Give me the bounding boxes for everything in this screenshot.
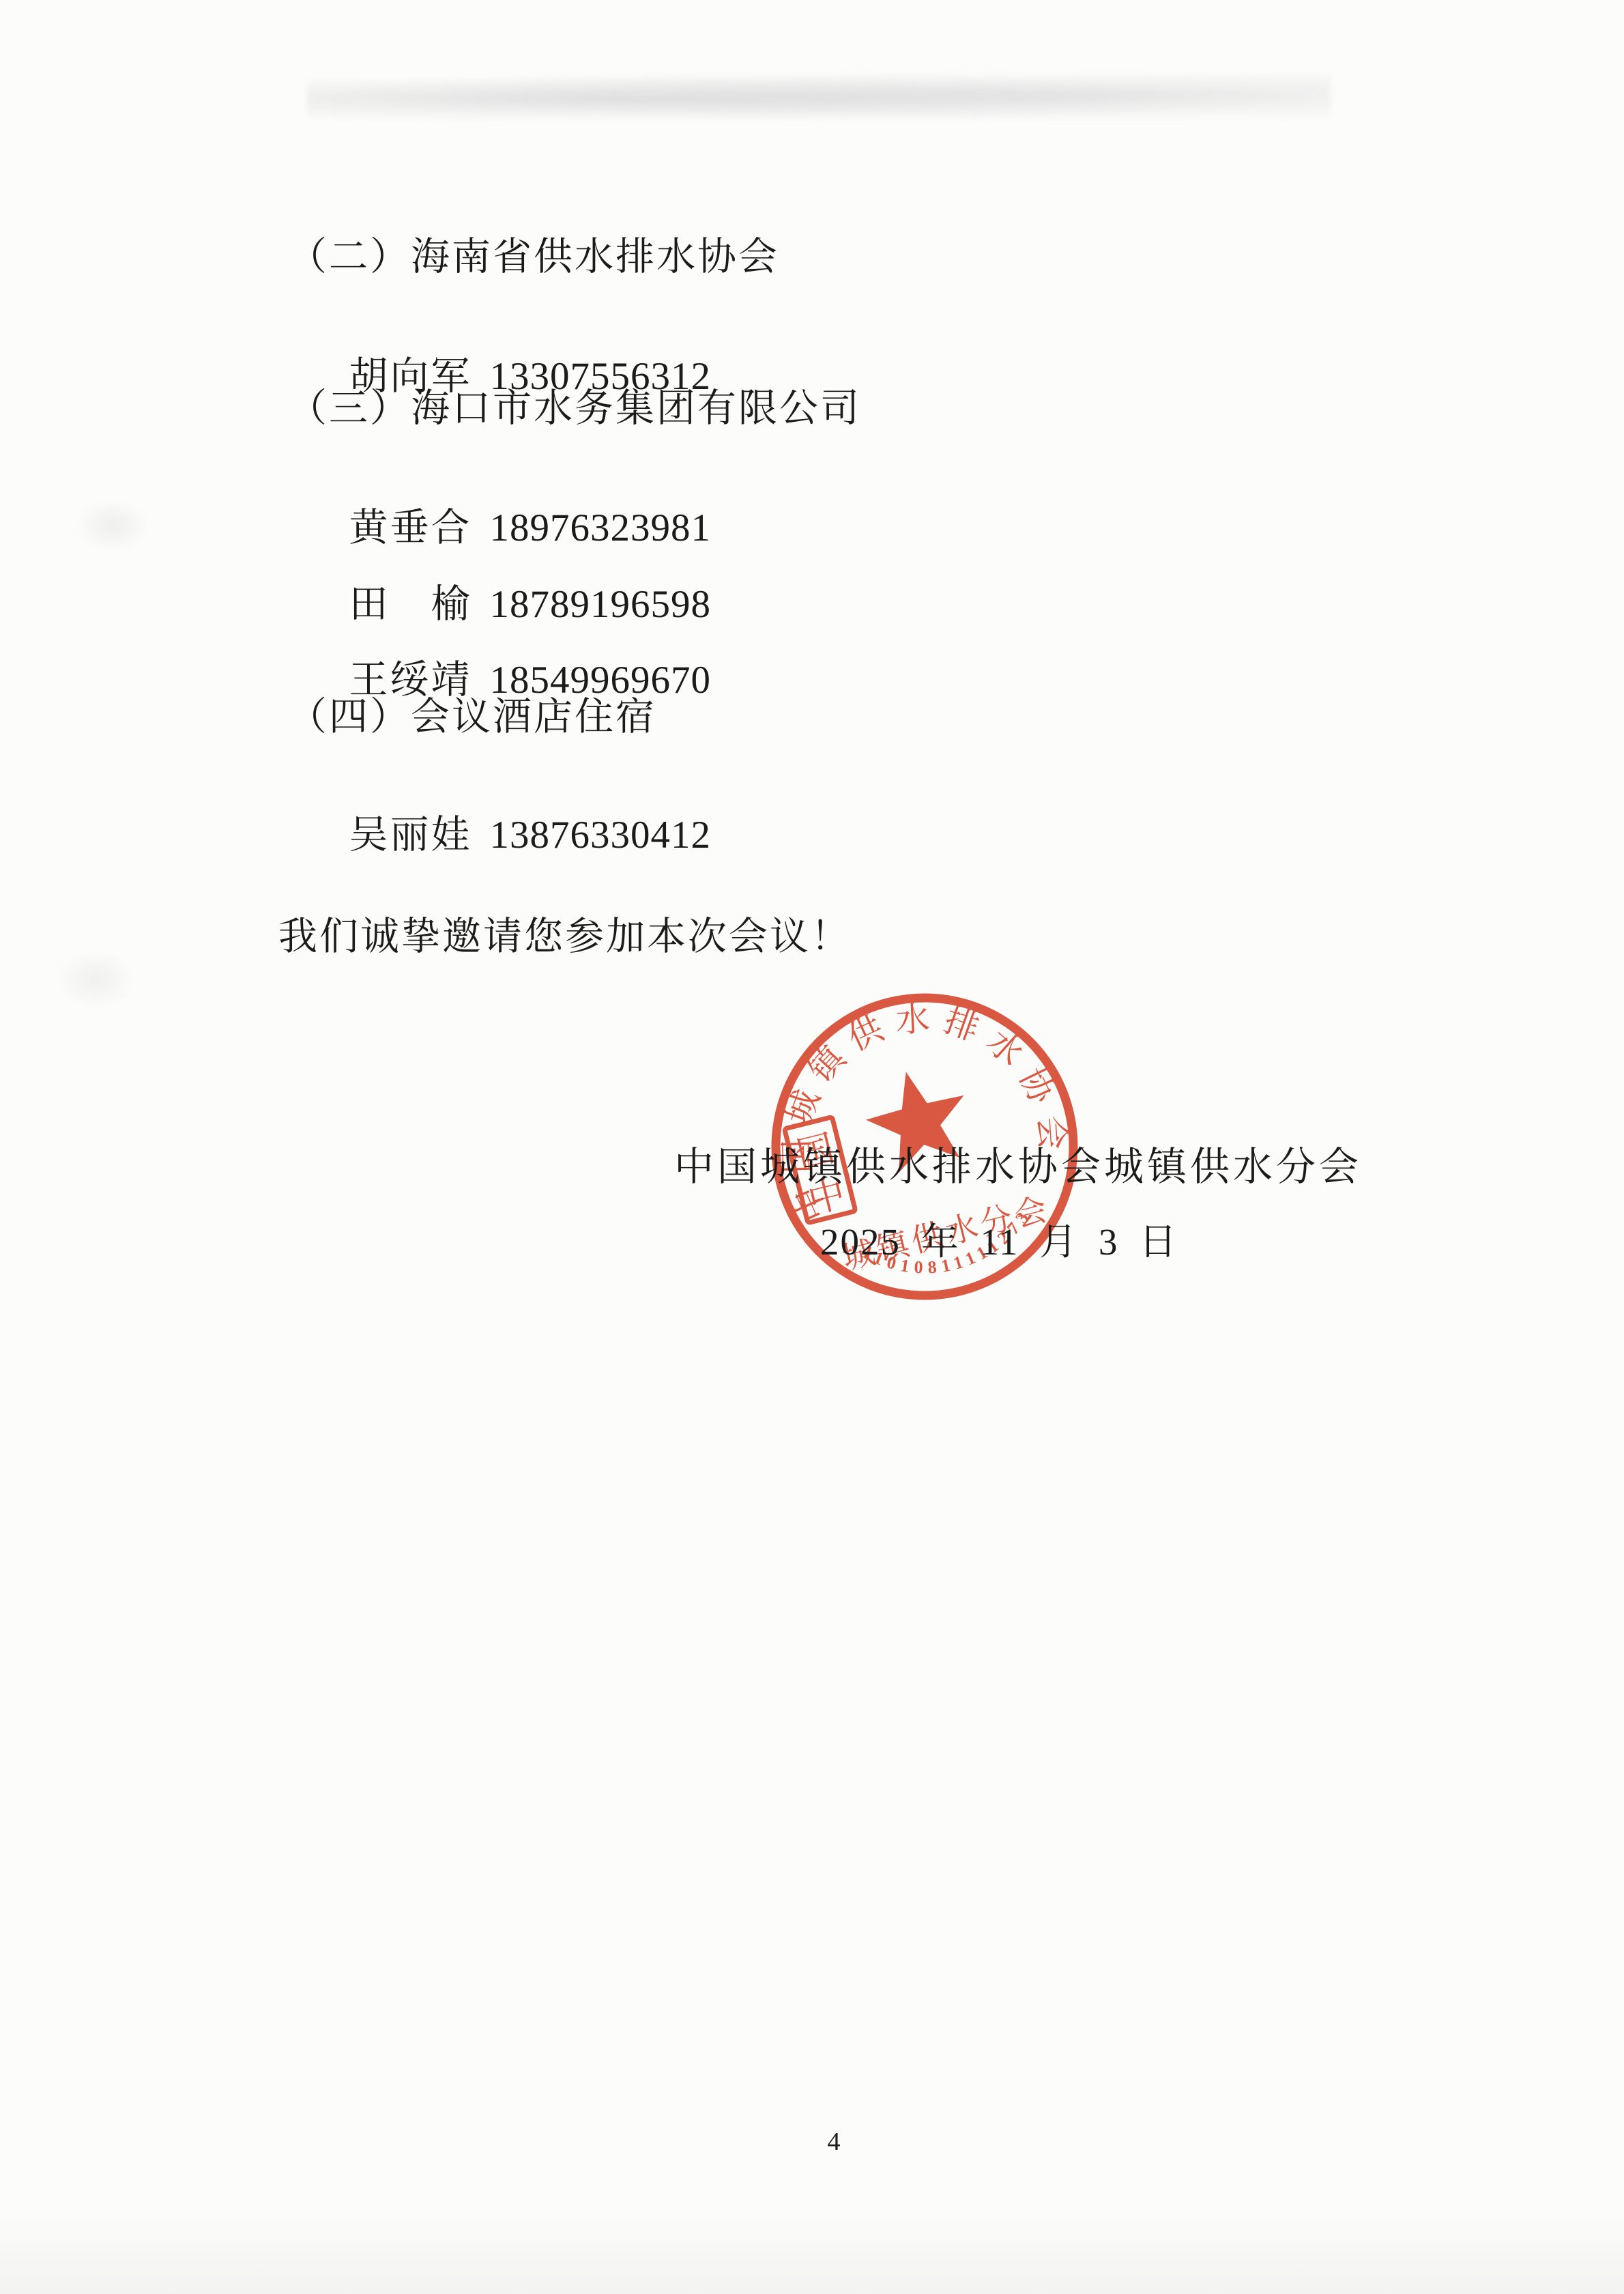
contact-name: 吴丽娃 bbox=[349, 814, 472, 857]
contact-line: 吴丽娃13876330412 bbox=[278, 771, 711, 900]
section-heading-3: （三）海口市水务集团有限公司 bbox=[288, 388, 861, 431]
closing-statement: 我们诚挚邀请您参加本次会议！ bbox=[278, 916, 852, 959]
signature-date: 2025 年 11 月 3 日 bbox=[820, 1222, 1178, 1263]
contact-phone: 13876330412 bbox=[490, 814, 712, 857]
document-page: 中国城镇供水排水协会 城镇供水分会 11010811111273 国 中 （二）… bbox=[0, 0, 1624, 2294]
section-heading-4: （四）会议酒店住宿 bbox=[288, 696, 656, 739]
document-text-layer: （二）海南省供水排水协会 胡向军13307556312 （三）海口市水务集团有限… bbox=[0, 0, 1624, 2294]
section-heading-2: （二）海南省供水排水协会 bbox=[288, 236, 779, 279]
page-number: 4 bbox=[817, 2127, 850, 2157]
signature-organization: 中国城镇供水排水协会城镇供水分会 bbox=[674, 1145, 1362, 1189]
